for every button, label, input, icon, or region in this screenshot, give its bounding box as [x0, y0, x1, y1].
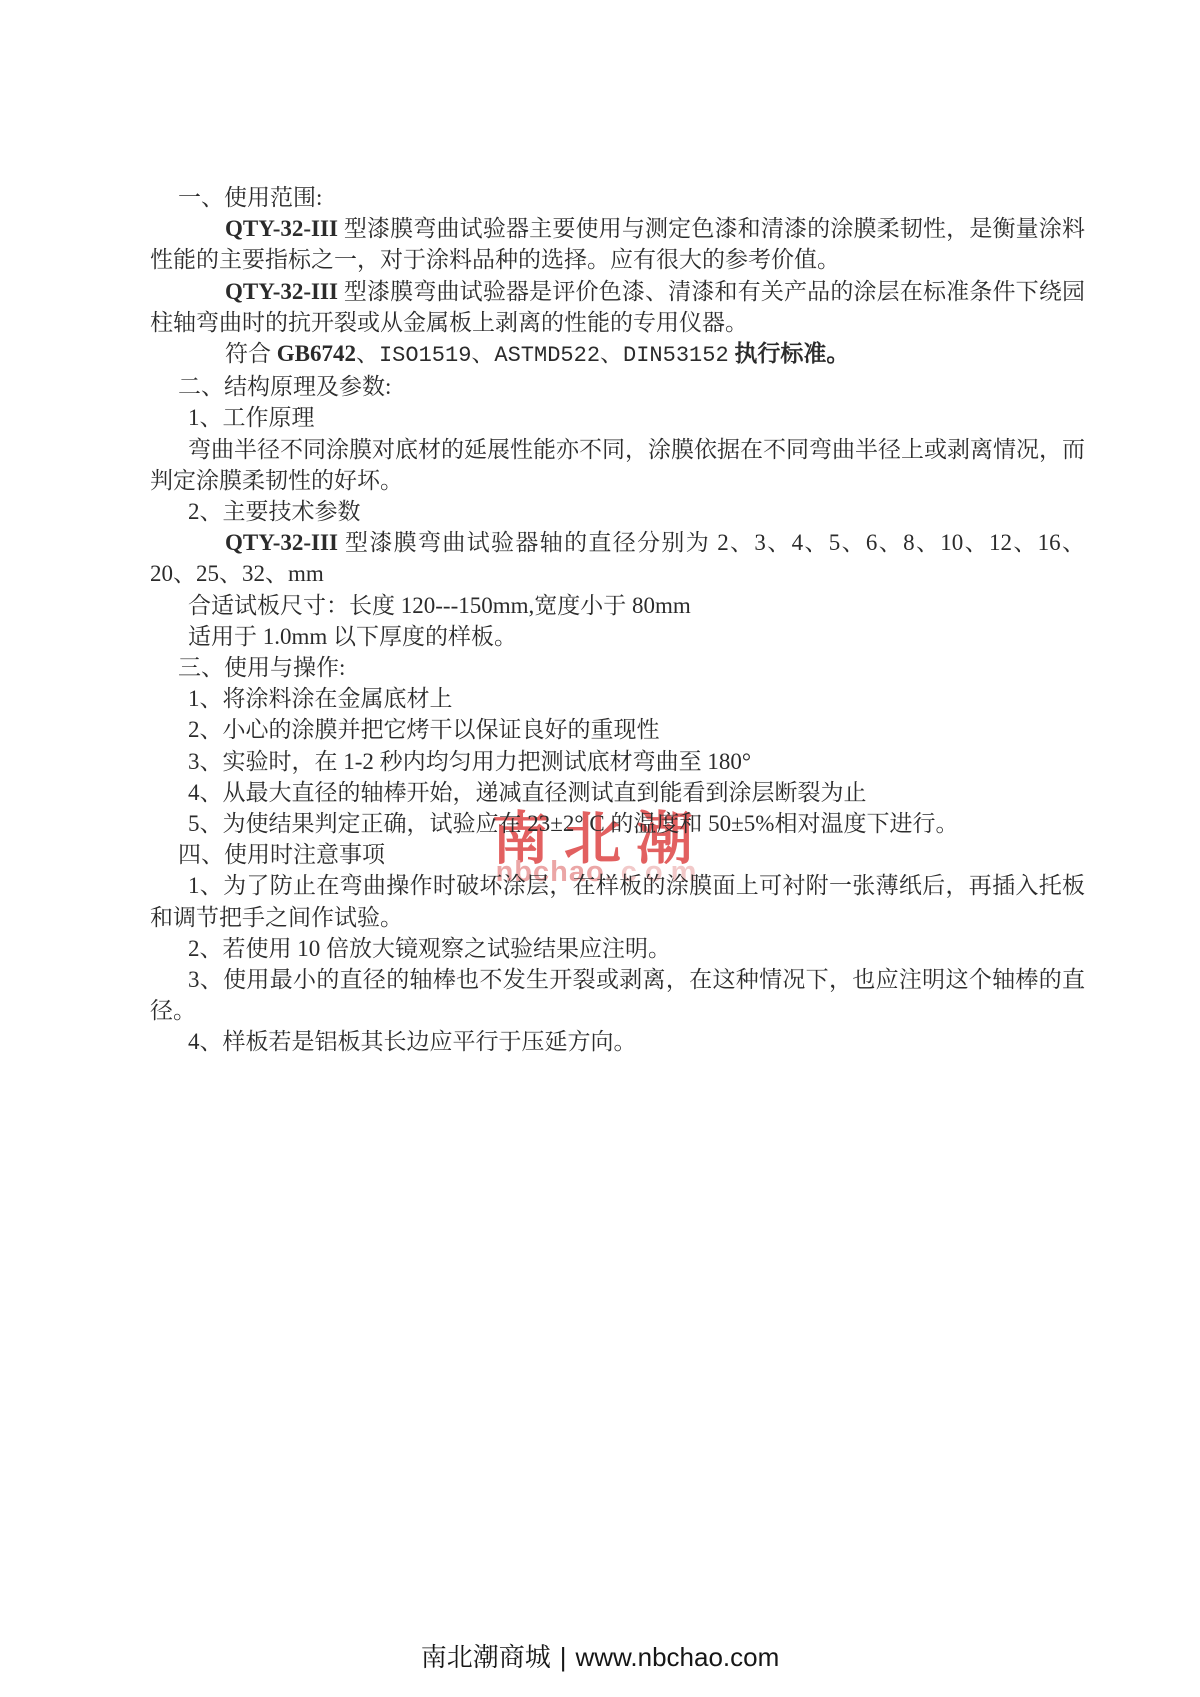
page-footer: 南北潮商城|www.nbchao.com: [0, 1642, 1200, 1672]
text-run: GB6742: [277, 341, 356, 366]
paragraph: 3、使用最小的直径的轴棒也不发生开裂或剥离，在这种情况下，也应注明这个轴棒的直径…: [150, 964, 1085, 1026]
section-heading: 三、使用与操作:: [150, 652, 1085, 683]
text-run: 、: [471, 341, 494, 366]
paragraph: 1、将涂料涂在金属底材上: [150, 683, 1085, 714]
text-run: 4、从最大直径的轴棒开始，递减直径测试直到能看到涂层断裂为止: [188, 780, 867, 805]
paragraph: 2、若使用 10 倍放大镜观察之试验结果应注明。: [150, 933, 1085, 964]
text-run: 、: [600, 341, 623, 366]
text-run: 2、主要技术参数: [188, 499, 361, 524]
paragraph: 4、从最大直径的轴棒开始，递减直径测试直到能看到涂层断裂为止: [150, 777, 1085, 808]
footer-brand: 南北潮商城: [421, 1642, 551, 1672]
text-run: 一、使用范围:: [178, 185, 322, 210]
text-run: 、: [356, 341, 379, 366]
text-run: 4、样板若是铝板其长边应平行于压延方向。: [188, 1029, 637, 1054]
text-run: 1、工作原理: [188, 405, 315, 430]
paragraph: 3、实验时，在 1-2 秒内均匀用力把测试底材弯曲至 180°: [150, 746, 1085, 777]
text-run: 2、若使用 10 倍放大镜观察之试验结果应注明。: [188, 936, 671, 961]
paragraph: QTY-32-III 型漆膜弯曲试验器主要使用与测定色漆和清漆的涂膜柔韧性，是衡…: [150, 213, 1085, 275]
text-run: DIN53152: [623, 343, 729, 368]
section-heading: 一、使用范围:: [150, 182, 1085, 213]
text-run: 5、为使结果判定正确，试验应在 23±2° C 的温度和 50±5%相对温度下进…: [188, 811, 958, 836]
text-run: 三、使用与操作:: [178, 655, 345, 680]
text-run: 二、结构原理及参数:: [178, 374, 391, 399]
text-run: 符合: [225, 341, 277, 366]
text-run: 适用于 1.0mm 以下厚度的样板。: [188, 624, 517, 649]
paragraph: 2、主要技术参数: [150, 496, 1085, 527]
paragraph: 5、为使结果判定正确，试验应在 23±2° C 的温度和 50±5%相对温度下进…: [150, 808, 1085, 839]
text-run: 合适试板尺寸：长度 120---150mm,宽度小于 80mm: [188, 593, 691, 618]
footer-separator: |: [560, 1642, 567, 1672]
text-run: QTY-32-III: [225, 279, 338, 304]
paragraph: 适用于 1.0mm 以下厚度的样板。: [150, 621, 1085, 652]
text-run: ISO1519: [379, 343, 471, 368]
text-run: 3、实验时，在 1-2 秒内均匀用力把测试底材弯曲至 180°: [188, 749, 751, 774]
paragraph: 符合 GB6742、ISO1519、ASTMD522、DIN53152 执行标准…: [150, 338, 1085, 371]
text-run: 1、将涂料涂在金属底材上: [188, 686, 453, 711]
paragraph: 1、工作原理: [150, 402, 1085, 433]
text-run: QTY-32-III: [225, 216, 338, 241]
paragraph: 4、样板若是铝板其长边应平行于压延方向。: [150, 1026, 1085, 1057]
text-run: QTY-32-III: [225, 530, 338, 555]
text-run: 执行标准。: [734, 341, 849, 366]
text-run: ASTMD522: [494, 343, 600, 368]
text-run: 四、使用时注意事项: [178, 842, 385, 867]
paragraph: QTY-32-III 型漆膜弯曲试验器轴的直径分别为 2、3、4、5、6、8、1…: [150, 527, 1085, 589]
paragraph: 合适试板尺寸：长度 120---150mm,宽度小于 80mm: [150, 590, 1085, 621]
text-run: 弯曲半径不同涂膜对底材的延展性能亦不同，涂膜依据在不同弯曲半径上或剥离情况，而判…: [150, 437, 1085, 493]
footer-url: www.nbchao.com: [576, 1642, 780, 1672]
text-run: 3、使用最小的直径的轴棒也不发生开裂或剥离，在这种情况下，也应注明这个轴棒的直径…: [150, 967, 1085, 1023]
text-run: 2、小心的涂膜并把它烤干以保证良好的重现性: [188, 717, 660, 742]
document-page: 南北潮 nbchao.com 一、使用范围:QTY-32-III 型漆膜弯曲试验…: [0, 0, 1200, 1697]
section-heading: 二、结构原理及参数:: [150, 371, 1085, 402]
section-heading: 四、使用时注意事项: [150, 839, 1085, 870]
paragraph: 1、为了防止在弯曲操作时破坏涂层，在样板的涂膜面上可衬附一张薄纸后，再插入托板和…: [150, 870, 1085, 932]
paragraph: 弯曲半径不同涂膜对底材的延展性能亦不同，涂膜依据在不同弯曲半径上或剥离情况，而判…: [150, 434, 1085, 496]
paragraph: QTY-32-III 型漆膜弯曲试验器是评价色漆、清漆和有关产品的涂层在标准条件…: [150, 276, 1085, 338]
text-run: 1、为了防止在弯曲操作时破坏涂层，在样板的涂膜面上可衬附一张薄纸后，再插入托板和…: [150, 873, 1085, 929]
document-body: 一、使用范围:QTY-32-III 型漆膜弯曲试验器主要使用与测定色漆和清漆的涂…: [150, 182, 1085, 1058]
paragraph: 2、小心的涂膜并把它烤干以保证良好的重现性: [150, 714, 1085, 745]
